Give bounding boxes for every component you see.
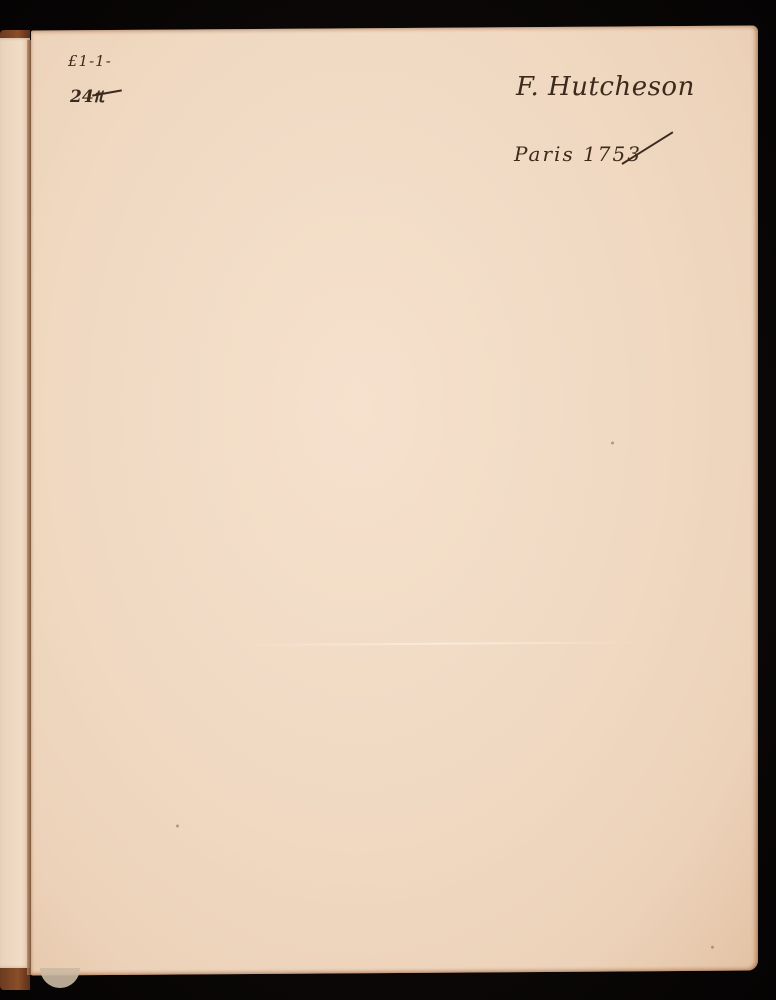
foxing-spot [176,825,179,828]
price-inscription-livres: 24₶ [70,84,104,107]
foxing-spot [711,946,714,949]
endpaper-page [31,25,758,975]
left-page-edge [0,38,30,968]
owner-signature: F. Hutcheson [516,72,695,102]
price-inscription-pounds: £1-1- [68,52,112,70]
paper-crease [231,641,651,646]
photo-scene: £1-1- 24₶ F. Hutcheson Paris 1753 [0,0,776,1000]
foxing-spot [611,441,614,444]
